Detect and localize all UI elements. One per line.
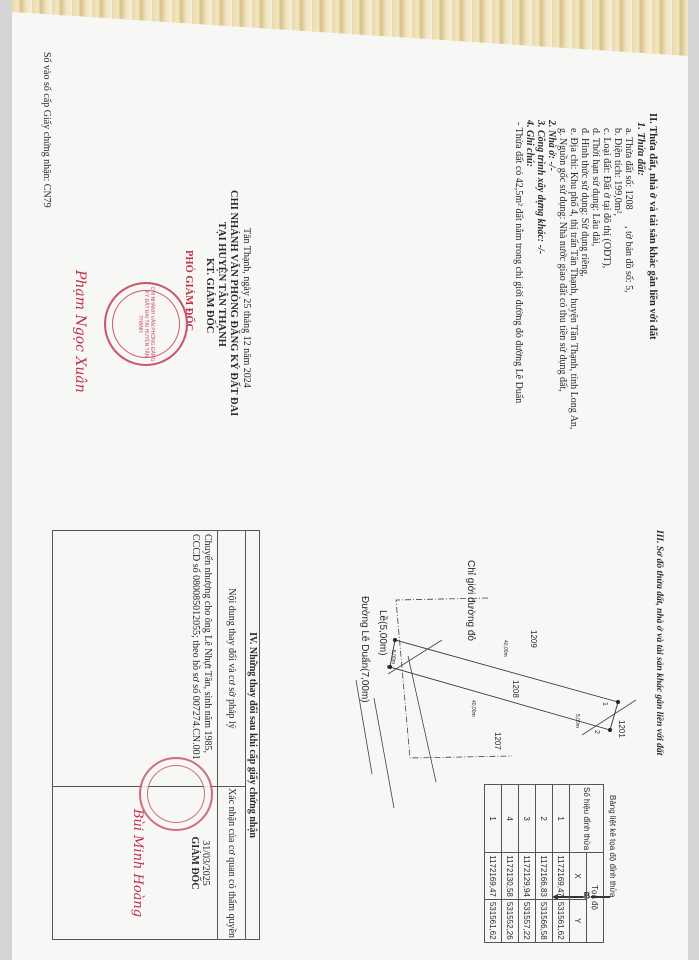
- table-row: 21172166,83531566,58: [536, 785, 553, 943]
- agency-name-line1: CHI NHÁNH VĂN PHÒNG ĐĂNG KÝ ĐẤT ĐAI: [228, 190, 239, 416]
- official-stamp: CHI NHÁNH VĂN PHÒNG ĐĂNG KÝ ĐẤT ĐAI TẠI …: [104, 282, 188, 366]
- point-2-label: 2: [593, 730, 600, 734]
- col-point: Số hiệu đỉnh thửa: [570, 785, 604, 853]
- red-line-label: Chỉ giới đường đỏ: [465, 560, 476, 641]
- usage-form: đ. Hình thức sử dụng: Sử dụng riêng,: [579, 128, 590, 277]
- rotated-page: II. Thửa đất, nhà ở và tài sản khác gắn …: [12, 0, 688, 960]
- change-content: Chuyển nhượng cho ông Lê Nhựt Tân, sinh …: [53, 531, 218, 787]
- place-date: Tân Thạnh, ngày 25 tháng 12 năm 2024: [241, 228, 252, 388]
- agency-name-line2: TẠI HUYỆN TÂN THẠNH: [216, 222, 227, 347]
- parcel-number: a. Thửa đất số: 1208: [623, 128, 634, 210]
- table-row: 11172169,47531561,62: [553, 785, 570, 943]
- edge-side-length-2: 40,00m: [470, 700, 476, 717]
- neighbor-1207: 1207: [493, 732, 502, 750]
- section2-sub4: 4. Ghi chú:: [524, 120, 535, 167]
- point-4-label: 4: [391, 638, 398, 642]
- changes-table: IV. Những thay đổi sau khi cấp giấy chứn…: [52, 530, 260, 940]
- table-row: 11172169,47531561,62: [485, 785, 502, 943]
- left-frame-edge: [0, 0, 12, 960]
- map-sheet-number: , tờ bản đồ số: 5,: [623, 226, 634, 293]
- usage-term: d. Thời hạn sử dụng: Lâu dài,: [590, 128, 601, 246]
- signer-name: Phạm Ngọc Xuân: [72, 270, 88, 393]
- point-3-label: 3: [385, 665, 392, 669]
- col-change-content: Nội dung thay đổi và cơ sở pháp lý: [218, 531, 246, 787]
- register-note: Số vào sổ cấp Giấy chứng nhận: CN79: [41, 52, 52, 208]
- col-authority-confirm: Xác nhận của cơ quan có thẩm quyền: [218, 787, 246, 940]
- section2-title: II. Thửa đất, nhà ở và tài sản khác gắn …: [647, 113, 658, 340]
- area: b. Diện tích: 199,0m²,: [612, 128, 623, 216]
- col-y: Y: [570, 899, 587, 942]
- edge-front-length: 5,00m: [574, 714, 580, 728]
- certificate-paper: II. Thửa đất, nhà ở và tài sản khác gắn …: [12, 0, 688, 960]
- point-1-label: 1: [601, 702, 608, 706]
- coord-table-title: Bảng liệt kê tọa độ đỉnh thửa: [608, 795, 617, 897]
- section2-note: - Thửa đất có 42,5m² đất nằm trong chỉ g…: [513, 122, 524, 403]
- authority-confirm: 31/03/2025 GIÁM ĐỐC Bùi Minh Hoàng: [53, 787, 218, 940]
- col-x: X: [570, 853, 587, 900]
- land-type: c. Loại đất: Đất ở tại đô thị (ODT),: [601, 128, 612, 268]
- table-row: 31172129,94531557,22: [519, 785, 536, 943]
- section3-title: III. Sơ đồ thửa đất, nhà ở và tài sản kh…: [654, 530, 664, 755]
- edge-side-length-1: 40,00m: [502, 640, 508, 657]
- neighbor-1209: 1209: [529, 630, 538, 648]
- col-coord: Tọa độ: [587, 853, 604, 943]
- table-row: 41172130,58531552,26: [502, 785, 519, 943]
- section2-sub1: 1. Thửa đất:: [635, 122, 646, 176]
- kt-director: KT. GIÁM ĐỐC: [204, 258, 215, 333]
- section2-sub2: 2. Nhà ở: -/-: [546, 120, 557, 171]
- usage-origin: g. Nguồn gốc sử dụng: Nhà nước giao đất …: [557, 128, 568, 392]
- address: e. Địa chỉ: Khu phố 4, thị trấn Tân Thạn…: [568, 128, 579, 429]
- coord-table: Số hiệu đỉnh thửa Tọa độ X Y 11172169,47…: [484, 784, 604, 943]
- change-content-line1: Chuyển nhượng cho ông Lê Nhựt Tân, sinh …: [201, 534, 213, 783]
- section2-sub3: 3. Công trình xây dựng khác: -/-: [535, 120, 546, 254]
- section4-title: IV. Những thay đổi sau khi cấp giấy chứn…: [246, 531, 260, 940]
- right-frame-edge: [688, 0, 699, 960]
- parcel-1208-label: 1208: [511, 680, 520, 698]
- road-label: Đường Lê Duẩn(7,00m): [359, 596, 370, 703]
- sidewalk-label: Lề(5,00m): [377, 610, 388, 656]
- edge-back-length: 5,00m: [390, 650, 396, 664]
- official-stamp-2: [139, 757, 213, 831]
- change-content-line2: CCCD số 080085012055; theo hồ sơ số 0072…: [189, 534, 201, 783]
- neighbor-1201: 1201: [617, 720, 626, 738]
